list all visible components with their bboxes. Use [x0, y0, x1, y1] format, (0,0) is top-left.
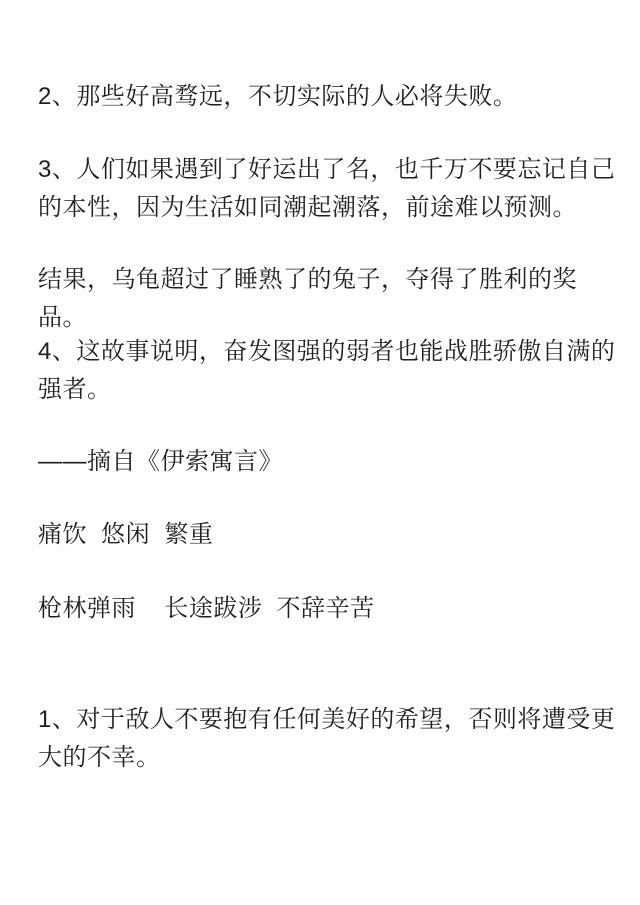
answer-item-2: 2、那些好高骛远，不切实际的人必将失败。: [38, 78, 616, 116]
answer-item-1: 1、对于敌人不要抱有任何美好的希望，否则将遭受更大的不幸。: [38, 701, 616, 777]
answer-item-3: 3、人们如果遇到了好运出了名，也千万不要忘记自己的本性，因为生活如同潮起潮落，前…: [38, 151, 616, 227]
word-list-1: 痛饮 悠闲 繁重: [38, 516, 616, 554]
source-citation: ——摘自《伊索寓言》: [38, 443, 616, 481]
document-page: 2、那些好高骛远，不切实际的人必将失败。 3、人们如果遇到了好运出了名，也千万不…: [0, 0, 640, 905]
answer-item-4: 4、这故事说明，奋发图强的弱者也能战胜骄傲自满的强者。: [38, 333, 616, 409]
result-sentence: 结果，乌龟超过了睡熟了的兔子，夺得了胜利的奖品。: [38, 261, 616, 337]
word-list-2: 枪林弹雨 长途跋涉 不辞辛苦: [38, 590, 616, 628]
